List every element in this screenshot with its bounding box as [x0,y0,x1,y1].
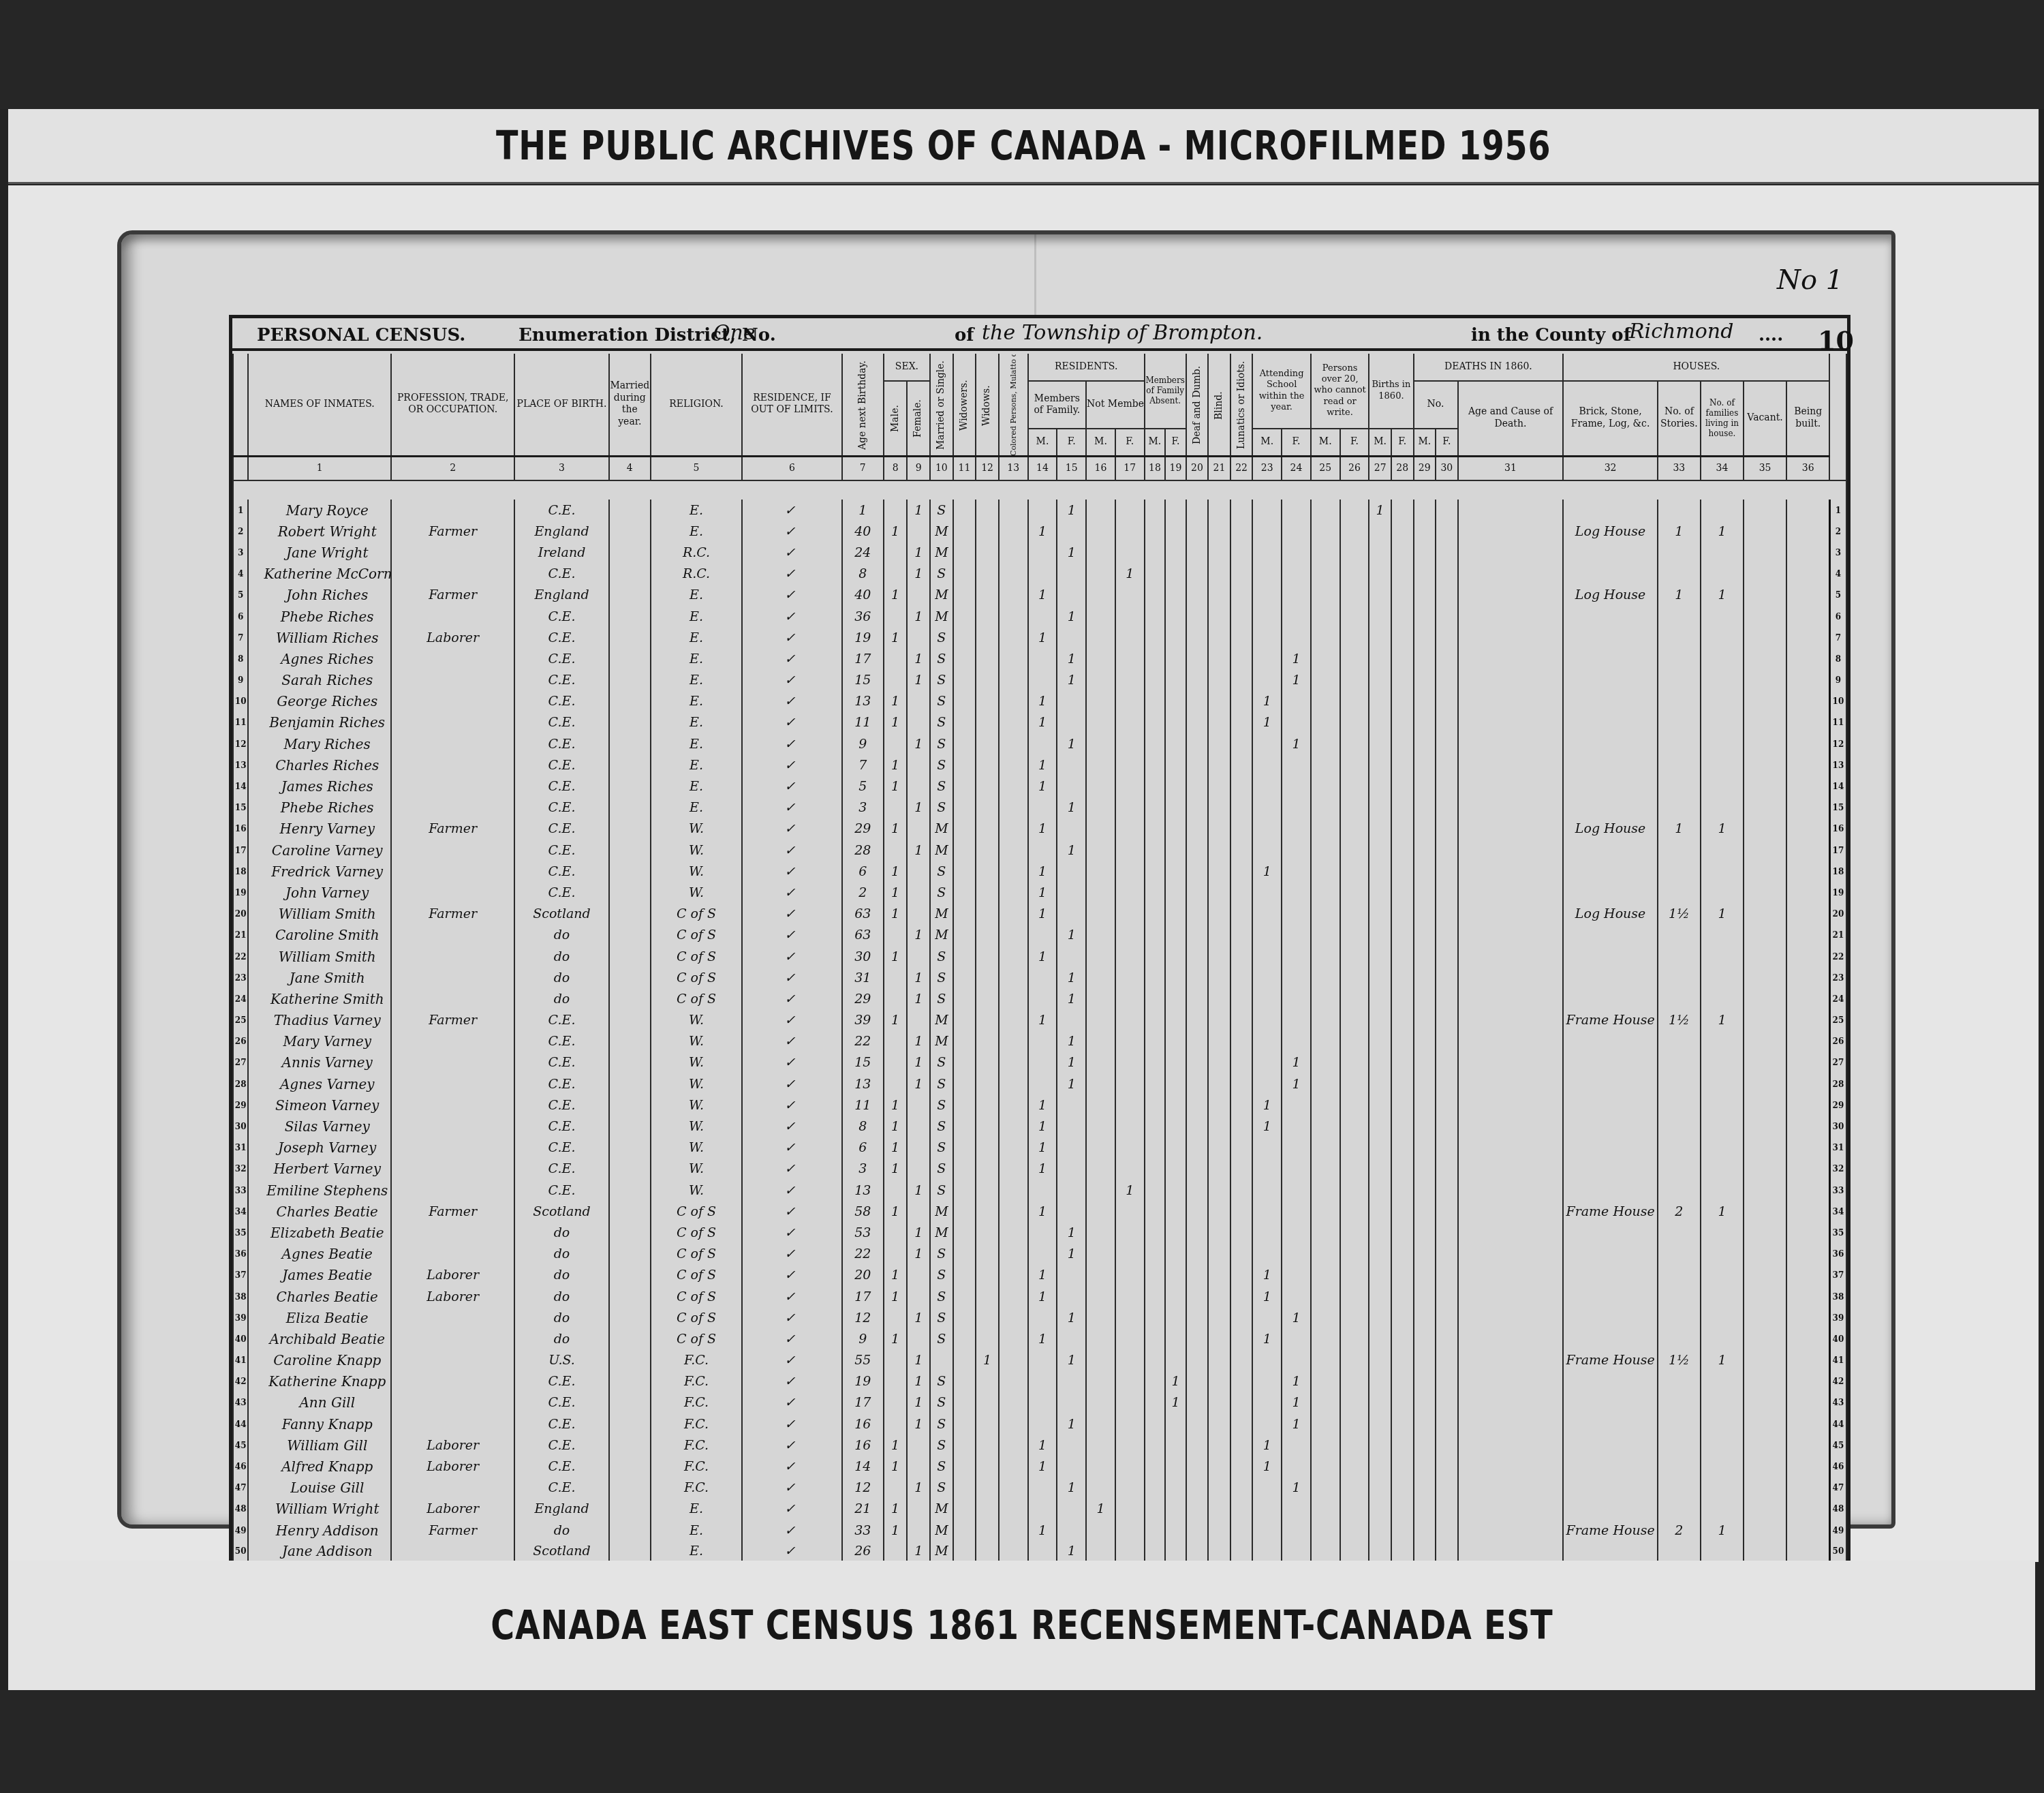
cell-c21 [1208,1137,1230,1159]
cell-age: 11 [842,712,884,733]
cell-c23 [1252,946,1282,967]
cell-c22 [1230,542,1253,563]
cell-c19 [1165,1520,1186,1541]
cell-c29 [1414,1073,1436,1094]
cell-house: Frame House [1563,1520,1657,1541]
cell-c11 [953,797,976,818]
cell-male [884,606,908,627]
cell-c25 [1311,797,1340,818]
cell-c31 [1458,1073,1564,1094]
checkmark-icon: ✓ [742,1201,842,1222]
cell-c24: 1 [1282,1413,1311,1435]
cell-ms: S [930,1307,953,1328]
cell-c30 [1436,925,1458,946]
cell-age: 29 [842,818,884,840]
line-number: 45 [1829,1435,1846,1456]
cell-birth: do [514,988,608,1009]
census-row: 15Phebe RichesC.E.E.✓31S115 [233,797,1846,818]
cell-c23: 1 [1252,712,1282,733]
cell-c19 [1165,1180,1186,1201]
cell-c29 [1414,500,1436,521]
cell-c13 [999,1222,1028,1243]
cell-c28 [1391,1392,1414,1413]
cell-c21 [1208,500,1230,521]
cell-c18 [1145,691,1166,712]
cell-c23: 1 [1252,1328,1282,1349]
cell-rel: C of S [651,967,742,988]
cell-fam: 1 [1701,1520,1744,1541]
cell-c29 [1414,712,1436,733]
cell-c19 [1165,1456,1186,1477]
cell-male: 1 [884,1499,908,1520]
cell-age: 55 [842,1350,884,1371]
cell-c36 [1786,1286,1829,1307]
cell-c35 [1744,627,1786,648]
cell-male [884,1031,908,1052]
cell-c19 [1165,500,1186,521]
header-blind: Blind. [1208,354,1230,456]
cell-c20 [1186,776,1209,797]
microfilm-border-bottom [0,1690,2044,1793]
cell-c14: 1 [1028,1094,1057,1116]
header-not-members: Not Members. [1086,381,1145,429]
cell-c13 [999,1307,1028,1328]
cell-c11 [953,1222,976,1243]
cell-c21 [1208,564,1230,585]
census-row: 1Mary RoyceC.E.E.✓11S111 [233,500,1846,521]
cell-female: 1 [907,1031,930,1052]
cell-c11 [953,1116,976,1137]
header-m: M. [1414,429,1436,456]
cell-c20 [1186,1499,1209,1520]
cell-fam: 1 [1701,1010,1744,1031]
header-age: Age next Birthday. [842,354,884,456]
cell-stories: 1 [1658,818,1701,840]
cell-c19 [1165,1222,1186,1243]
cell-c35 [1744,542,1786,563]
cell-birth: C.E. [514,1392,608,1413]
line-number: 30 [233,1116,248,1137]
cell-c14: 1 [1028,712,1057,733]
cell-c36 [1786,712,1829,733]
cell-c18 [1145,1137,1166,1159]
line-number: 27 [233,1052,248,1073]
header-male: Male. [884,381,908,456]
cell-c13 [999,797,1028,818]
cell-c20 [1186,1307,1209,1328]
cell-c29 [1414,840,1436,861]
cell-age: 3 [842,797,884,818]
cell-c35 [1744,1073,1786,1094]
cell-occ [391,967,514,988]
cell-c28 [1391,542,1414,563]
empty-cell [609,1180,651,1201]
cell-c12 [976,1286,999,1307]
cell-male [884,988,908,1009]
cell-c24 [1282,691,1311,712]
header-m: M. [1369,429,1391,456]
cell-fam [1701,1499,1744,1520]
cell-c25 [1311,1392,1340,1413]
cell-birth: C.E. [514,712,608,733]
cell-c16 [1086,691,1115,712]
cell-c35 [1744,1222,1786,1243]
header-construction: Brick, Stone, Frame, Log, &c. [1563,381,1657,456]
cell-c35 [1744,500,1786,521]
cell-stories: 1½ [1658,904,1701,925]
cell-c21 [1208,1116,1230,1137]
cell-c18 [1145,1350,1166,1371]
line-number: 12 [1829,733,1846,754]
cell-birth: Ireland [514,542,608,563]
cell-occ [391,606,514,627]
cell-c13 [999,712,1028,733]
cell-c28 [1391,1159,1414,1180]
column-number: 24 [1282,456,1311,480]
cell-male: 1 [884,1010,908,1031]
cell-c23 [1252,670,1282,691]
cell-age: 22 [842,1244,884,1265]
cell-c12 [976,500,999,521]
cell-c19 [1165,946,1186,967]
cell-c36 [1786,521,1829,542]
cell-c11 [953,1371,976,1392]
cell-c25 [1311,670,1340,691]
cell-c26 [1340,585,1369,606]
cell-male: 1 [884,585,908,606]
header-f: F. [1282,429,1311,456]
column-number: 10 [930,456,953,480]
cell-male: 1 [884,861,908,882]
census-row: 46Alfred KnappLaborerC.E.F.C.✓141S1146 [233,1456,1846,1477]
header-birthplace: PLACE OF BIRTH. [514,354,608,456]
cell-birth: C.E. [514,606,608,627]
cell-c29 [1414,648,1436,669]
cell-c26 [1340,1201,1369,1222]
cell-fam [1701,670,1744,691]
cell-c30 [1436,1541,1458,1562]
cell-c14 [1028,1307,1057,1328]
cell-c28 [1391,1201,1414,1222]
cell-rel: F.C. [651,1456,742,1477]
cell-c20 [1186,1201,1209,1222]
cell-c18 [1145,967,1166,988]
cell-birth: C.E. [514,840,608,861]
census-row: 36Agnes BeatiedoC of S✓221S136 [233,1244,1846,1265]
cell-name: Mary Riches [248,733,391,754]
empty-cell [609,564,651,585]
cell-c14: 1 [1028,627,1057,648]
cell-c24 [1282,925,1311,946]
cell-c16 [1086,1307,1115,1328]
cell-c31 [1458,1499,1564,1520]
cell-c17 [1115,861,1145,882]
cell-male: 1 [884,1456,908,1477]
cell-c30 [1436,712,1458,733]
cell-c21 [1208,1328,1230,1349]
cell-c12 [976,797,999,818]
cell-fam [1701,1413,1744,1435]
cell-c24: 1 [1282,1371,1311,1392]
cell-c16 [1086,1413,1115,1435]
line-number: 50 [1829,1541,1846,1562]
cell-c25 [1311,1116,1340,1137]
cell-c31 [1458,606,1564,627]
cell-c23 [1252,1413,1282,1435]
cell-c35 [1744,733,1786,754]
cell-fam [1701,542,1744,563]
cell-c25 [1311,1265,1340,1286]
cell-c20 [1186,1244,1209,1265]
cell-c27 [1369,1520,1391,1541]
cell-c24 [1282,1116,1311,1137]
header-names: NAMES OF INMATES. [248,354,391,456]
cell-c12 [976,542,999,563]
header-deaths: DEATHS IN 1860. [1414,354,1564,381]
cell-ms: M [930,521,953,542]
cell-male [884,1180,908,1201]
checkmark-icon: ✓ [742,1073,842,1094]
cell-c18 [1145,797,1166,818]
cell-occ [391,564,514,585]
cell-c25 [1311,1010,1340,1031]
cell-c29 [1414,861,1436,882]
cell-c20 [1186,585,1209,606]
cell-c12 [976,648,999,669]
cell-age: 24 [842,542,884,563]
cell-c19 [1165,1137,1186,1159]
cell-c21 [1208,1541,1230,1562]
cell-house: Frame House [1563,1201,1657,1222]
cell-c15: 1 [1057,1350,1086,1371]
cell-c20 [1186,542,1209,563]
cell-stories [1658,1116,1701,1137]
cell-c24 [1282,712,1311,733]
cell-c15 [1057,904,1086,925]
cell-c14 [1028,1222,1057,1243]
cell-c20 [1186,988,1209,1009]
cell-c11 [953,1052,976,1073]
cell-c35 [1744,1477,1786,1499]
cell-fam [1701,754,1744,776]
cell-occ [391,861,514,882]
cell-c17 [1115,1137,1145,1159]
cell-birth: C.E. [514,691,608,712]
cell-c24 [1282,1520,1311,1541]
cell-c28 [1391,946,1414,967]
cell-occ: Farmer [391,1201,514,1222]
cell-c28 [1391,1265,1414,1286]
cell-c26 [1340,776,1369,797]
cell-c24 [1282,1094,1311,1116]
cell-c28 [1391,776,1414,797]
line-number: 17 [233,840,248,861]
cell-rel: F.C. [651,1371,742,1392]
cell-rel: E. [651,627,742,648]
cell-c14 [1028,1371,1057,1392]
cell-c14 [1028,840,1057,861]
cell-age: 12 [842,1307,884,1328]
cell-c15 [1057,882,1086,903]
cell-c11 [953,1073,976,1094]
checkmark-icon: ✓ [742,1180,842,1201]
cell-c23 [1252,521,1282,542]
cell-fam [1701,1116,1744,1137]
cell-female: 1 [907,1413,930,1435]
cell-c36 [1786,670,1829,691]
cell-c26 [1340,691,1369,712]
cell-c18 [1145,1413,1166,1435]
checkmark-icon: ✓ [742,521,842,542]
cell-male: 1 [884,904,908,925]
cell-c35 [1744,1413,1786,1435]
cell-c12 [976,1477,999,1499]
cell-c31 [1458,712,1564,733]
cell-c14: 1 [1028,1116,1057,1137]
cell-c26 [1340,1286,1369,1307]
cell-c36 [1786,967,1829,988]
cell-c27 [1369,1328,1391,1349]
cell-rel: E. [651,797,742,818]
line-number: 42 [1829,1371,1846,1392]
archive-banner-top: THE PUBLIC ARCHIVES OF CANADA - MICROFIL… [8,109,2039,184]
cell-age: 8 [842,564,884,585]
cell-c14: 1 [1028,1328,1057,1349]
cell-c24: 1 [1282,1307,1311,1328]
cell-c31 [1458,500,1564,521]
cell-c18 [1145,1328,1166,1349]
cell-rel: E. [651,585,742,606]
line-number: 44 [233,1413,248,1435]
cell-c13 [999,1073,1028,1094]
line-number: 26 [1829,1031,1846,1052]
cell-c27 [1369,1031,1391,1052]
census-row: 28Agnes VarneyC.E.W.✓131S1128 [233,1073,1846,1094]
cell-age: 40 [842,521,884,542]
cell-c13 [999,1031,1028,1052]
cell-c21 [1208,691,1230,712]
checkmark-icon: ✓ [742,1222,842,1243]
header-being-built: Being built. [1786,381,1829,456]
cell-rel: C of S [651,925,742,946]
cell-c13 [999,1499,1028,1520]
line-number: 33 [233,1180,248,1201]
cell-house [1563,1222,1657,1243]
cell-ms: S [930,1265,953,1286]
line-number: 21 [1829,925,1846,946]
cell-c14 [1028,1413,1057,1435]
cell-ms: S [930,1435,953,1456]
cell-female [907,585,930,606]
cell-c14 [1028,500,1057,521]
cell-c11 [953,1392,976,1413]
cell-c16 [1086,1286,1115,1307]
cell-c12 [976,1328,999,1349]
cell-c16 [1086,797,1115,818]
cell-c17 [1115,1116,1145,1137]
cell-c20 [1186,946,1209,967]
cell-c13 [999,861,1028,882]
cell-male: 1 [884,1520,908,1541]
cell-ms: S [930,733,953,754]
cell-c31 [1458,1031,1564,1052]
cell-ms: M [930,1541,953,1562]
cell-rel: C of S [651,1201,742,1222]
empty-cell [609,542,651,563]
cell-male [884,648,908,669]
checkmark-icon: ✓ [742,670,842,691]
cell-c23 [1252,1010,1282,1031]
cell-c12 [976,1520,999,1541]
cell-c23 [1252,1371,1282,1392]
cell-c17 [1115,1073,1145,1094]
cell-age: 6 [842,861,884,882]
archive-banner-top-text: THE PUBLIC ARCHIVES OF CANADA - MICROFIL… [496,123,1551,169]
cell-c16 [1086,818,1115,840]
cell-c11 [953,1180,976,1201]
cell-male: 1 [884,882,908,903]
cell-c17: 1 [1115,564,1145,585]
cell-c25 [1311,1073,1340,1094]
cell-c21 [1208,1201,1230,1222]
cell-c19 [1165,1413,1186,1435]
cell-fam [1701,1456,1744,1477]
cell-age: 63 [842,904,884,925]
cell-c20 [1186,1350,1209,1371]
cell-male [884,1371,908,1392]
cell-c16 [1086,606,1115,627]
cell-c24 [1282,1159,1311,1180]
cell-male: 1 [884,1328,908,1349]
cell-stories [1658,1413,1701,1435]
cell-c28 [1391,818,1414,840]
cell-c26 [1340,1328,1369,1349]
cell-c22 [1230,946,1253,967]
cell-c11 [953,1413,976,1435]
cell-c36 [1786,1159,1829,1180]
cell-name: James Riches [248,776,391,797]
cell-c21 [1208,1180,1230,1201]
cell-c31 [1458,797,1564,818]
line-number: 43 [1829,1392,1846,1413]
census-row: 44Fanny KnappC.E.F.C.✓161S1144 [233,1413,1846,1435]
cell-stories [1658,1371,1701,1392]
cell-c14: 1 [1028,776,1057,797]
cell-c22 [1230,818,1253,840]
cell-c30 [1436,521,1458,542]
cell-c30 [1436,1137,1458,1159]
cell-c30 [1436,627,1458,648]
archive-banner-bottom-text: CANADA EAST CENSUS 1861 RECENSEMENT-CANA… [491,1602,1553,1649]
cell-c21 [1208,776,1230,797]
cell-c28 [1391,1244,1414,1265]
cell-c24 [1282,1456,1311,1477]
cell-fam [1701,840,1744,861]
cell-c22 [1230,1413,1253,1435]
column-number: 8 [884,456,908,480]
cell-c18 [1145,861,1166,882]
cell-c13 [999,840,1028,861]
cell-c25 [1311,1328,1340,1349]
cell-c17 [1115,542,1145,563]
cell-stories [1658,797,1701,818]
cell-name: Charles Riches [248,754,391,776]
cell-c21 [1208,1031,1230,1052]
cell-c27 [1369,1094,1391,1116]
empty-cell [609,1031,651,1052]
cell-c25 [1311,712,1340,733]
cell-c21 [1208,712,1230,733]
